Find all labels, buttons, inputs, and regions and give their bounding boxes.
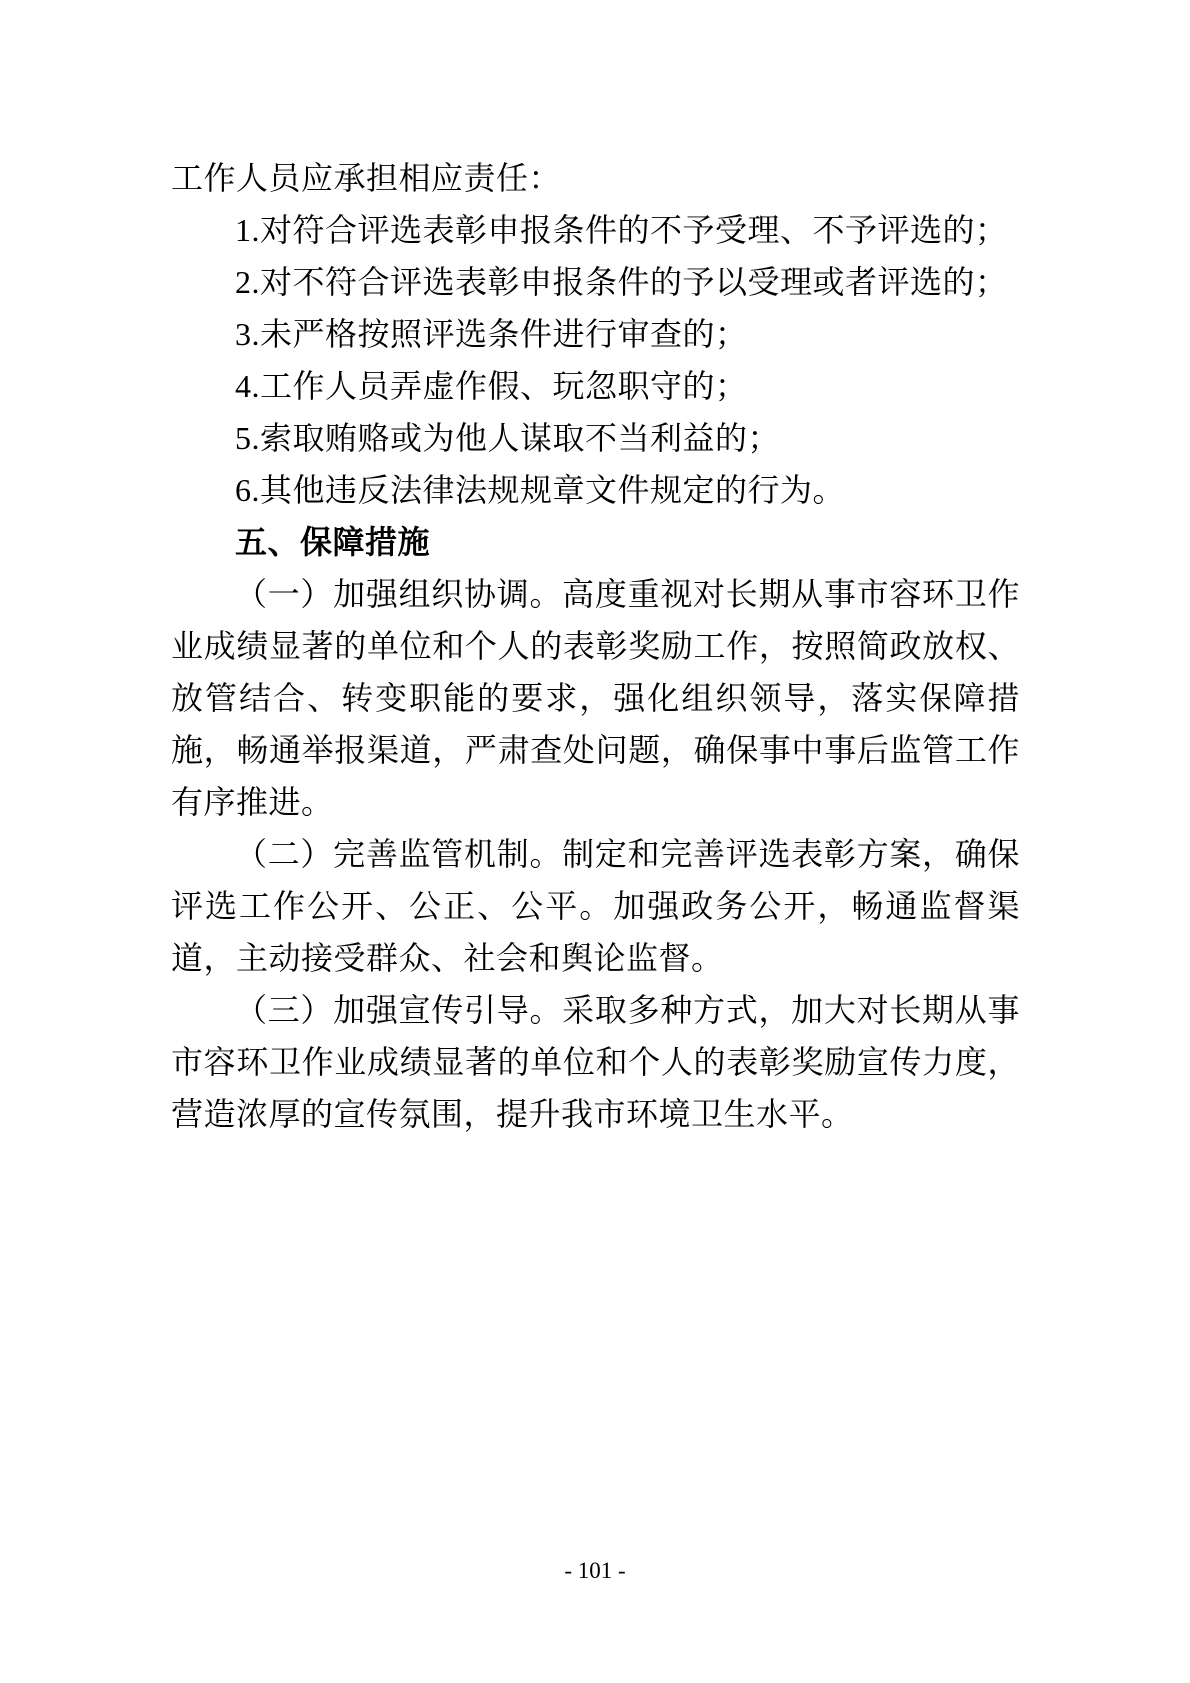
list-item-2: 2.对不符合评选表彰申报条件的予以受理或者评选的； bbox=[171, 256, 1020, 308]
document-body: 工作人员应承担相应责任： 1.对符合评选表彰申报条件的不予受理、不予评选的； 2… bbox=[171, 152, 1020, 1140]
section-heading-safeguard-measures: 五、保障措施 bbox=[171, 516, 1020, 568]
list-item-6: 6.其他违反法律法规规章文件规定的行为。 bbox=[171, 464, 1020, 516]
paragraph-strengthen-coordination: （一）加强组织协调。高度重视对长期从事市容环卫作业成绩显著的单位和个人的表彰奖励… bbox=[171, 568, 1020, 828]
list-item-1: 1.对符合评选表彰申报条件的不予受理、不予评选的； bbox=[171, 204, 1020, 256]
page-footer: - 101 - bbox=[0, 1556, 1190, 1586]
list-item-4: 4.工作人员弄虚作假、玩忽职守的； bbox=[171, 360, 1020, 412]
page-number: - 101 - bbox=[564, 1558, 625, 1583]
paragraph-responsibility-intro: 工作人员应承担相应责任： bbox=[171, 152, 1020, 204]
list-item-5: 5.索取贿赂或为他人谋取不当利益的； bbox=[171, 412, 1020, 464]
paragraph-improve-supervision: （二）完善监管机制。制定和完善评选表彰方案，确保评选工作公开、公正、公平。加强政… bbox=[171, 828, 1020, 984]
document-page: 工作人员应承担相应责任： 1.对符合评选表彰申报条件的不予受理、不予评选的； 2… bbox=[0, 0, 1190, 1683]
paragraph-strengthen-publicity: （三）加强宣传引导。采取多种方式，加大对长期从事市容环卫作业成绩显著的单位和个人… bbox=[171, 984, 1020, 1140]
list-item-3: 3.未严格按照评选条件进行审查的； bbox=[171, 308, 1020, 360]
